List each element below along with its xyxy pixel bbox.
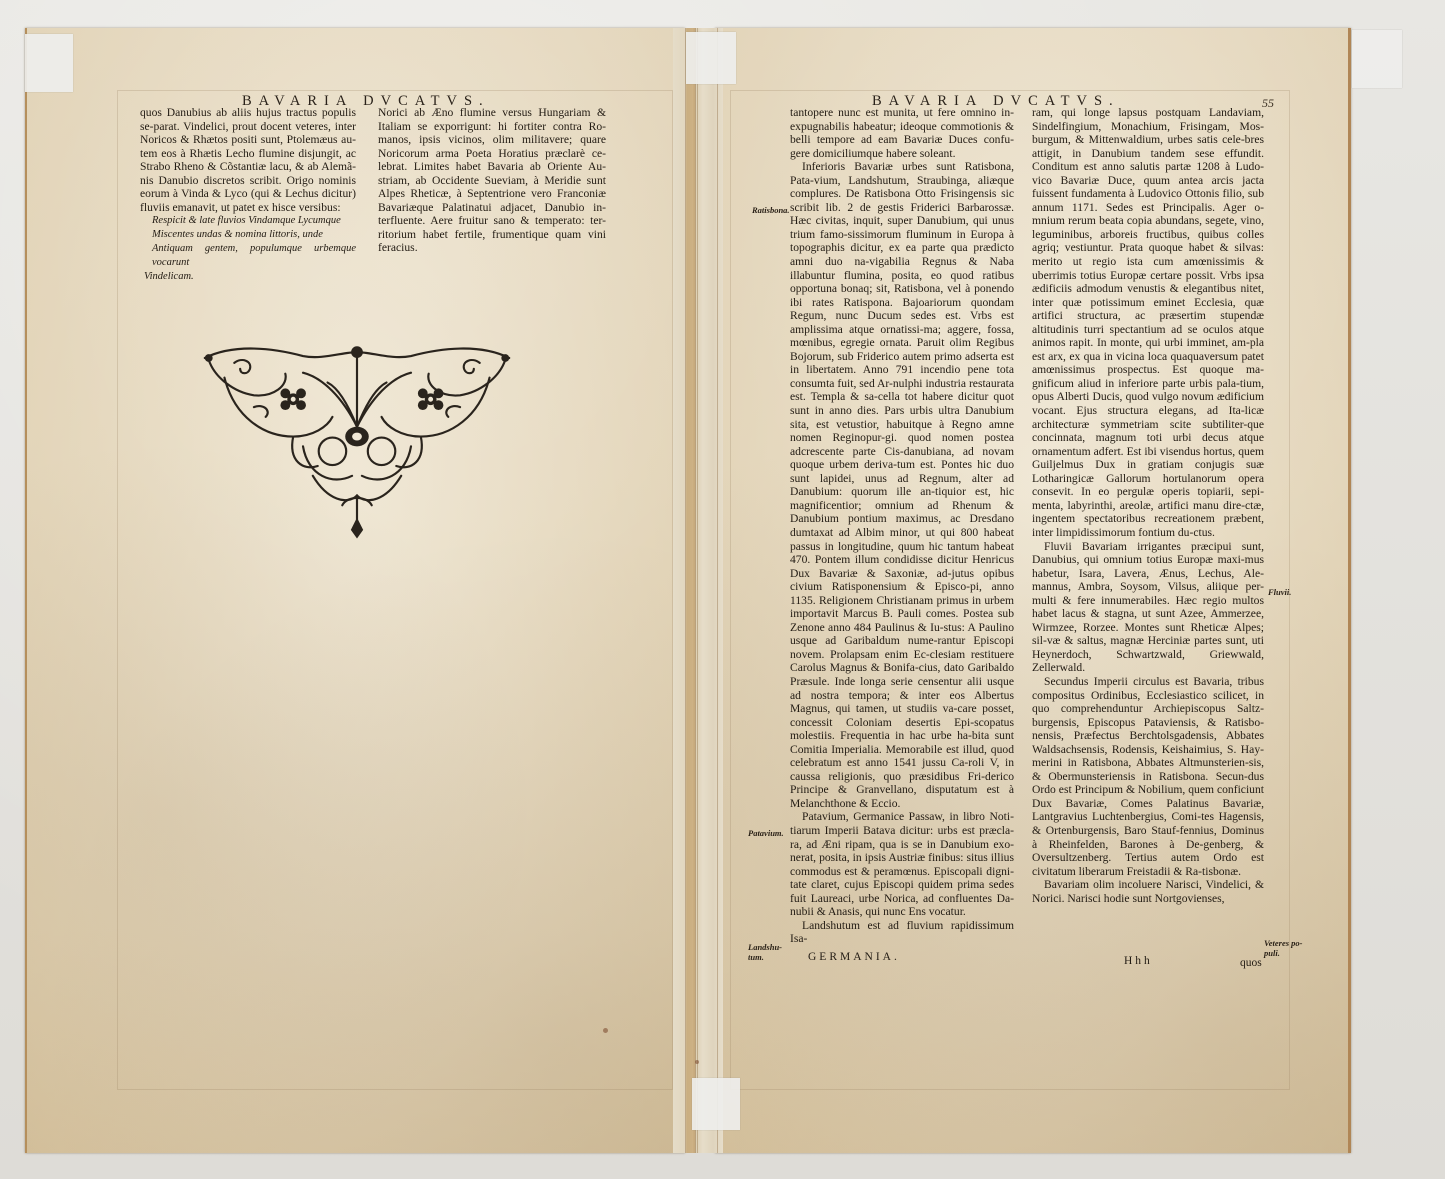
verse-line: Respicit & late fluvios Vindamque Lycumq… bbox=[140, 214, 356, 228]
marginal-note-veteres-populi: Veteres po-puli. bbox=[1264, 938, 1304, 958]
tape-hinge-bottom-center bbox=[692, 1078, 740, 1130]
verse-line: Antiquam gentem, populumque urbemque voc… bbox=[140, 242, 356, 270]
verse-line: Vindelicam. bbox=[140, 270, 356, 284]
paragraph: Norici ab Æno flumine versus Hungariam &… bbox=[378, 106, 606, 255]
paragraph: ram, qui longe lapsus postquam Landaviam… bbox=[1032, 106, 1264, 540]
paragraph: Patavium, Germanice Passaw, in libro Not… bbox=[790, 810, 1014, 918]
paragraph: Secundus Imperii circulus est Bavaria, t… bbox=[1032, 675, 1264, 878]
paragraph: Bavariam olim incoluere Narisci, Vindeli… bbox=[1032, 878, 1264, 905]
right-page-column-1: tantopere nunc est munita, ut fere omnin… bbox=[790, 106, 1014, 946]
foxing-spot bbox=[695, 1060, 699, 1064]
marginal-note-landshutum: Landshu-tum. bbox=[748, 942, 784, 962]
right-page-column-2: ram, qui longe lapsus postquam Landaviam… bbox=[1032, 106, 1264, 905]
left-page-column-2: Norici ab Æno flumine versus Hungariam &… bbox=[378, 106, 606, 255]
paragraph: Inferioris Bavariæ urbes sunt Ratisbona,… bbox=[790, 160, 1014, 810]
binding-gutter bbox=[673, 28, 723, 1153]
catchword: quos bbox=[1240, 957, 1262, 969]
paragraph: Landshutum est ad fluvium rapidissimum I… bbox=[790, 919, 1014, 946]
signature-germania: GERMANIA. bbox=[808, 951, 900, 963]
tape-hinge-top-right bbox=[1352, 30, 1402, 88]
paragraph: Fluvii Bavariam irrigantes præcipui sunt… bbox=[1032, 540, 1264, 675]
verse-line: Miscentes undas & nomina littoris, unde bbox=[140, 228, 356, 242]
floral-tailpiece-ornament bbox=[195, 338, 519, 540]
foxing-spot bbox=[603, 1028, 608, 1033]
marginal-note-fluvii: Fluvii. bbox=[1268, 587, 1291, 597]
left-page-column-1: quos Danubius ab aliis hujus tractus pop… bbox=[140, 106, 356, 284]
paragraph: tantopere nunc est munita, ut fere omnin… bbox=[790, 106, 1014, 160]
paragraph: quos Danubius ab aliis hujus tractus pop… bbox=[140, 106, 356, 214]
tape-hinge-top-center bbox=[686, 32, 736, 84]
signature-mark: Hhh bbox=[1124, 955, 1153, 967]
marginal-note-patavium: Patavium. bbox=[748, 828, 784, 838]
tape-hinge-top-left bbox=[25, 34, 73, 92]
marginal-note-ratisbona: Ratisbona. bbox=[752, 205, 790, 215]
